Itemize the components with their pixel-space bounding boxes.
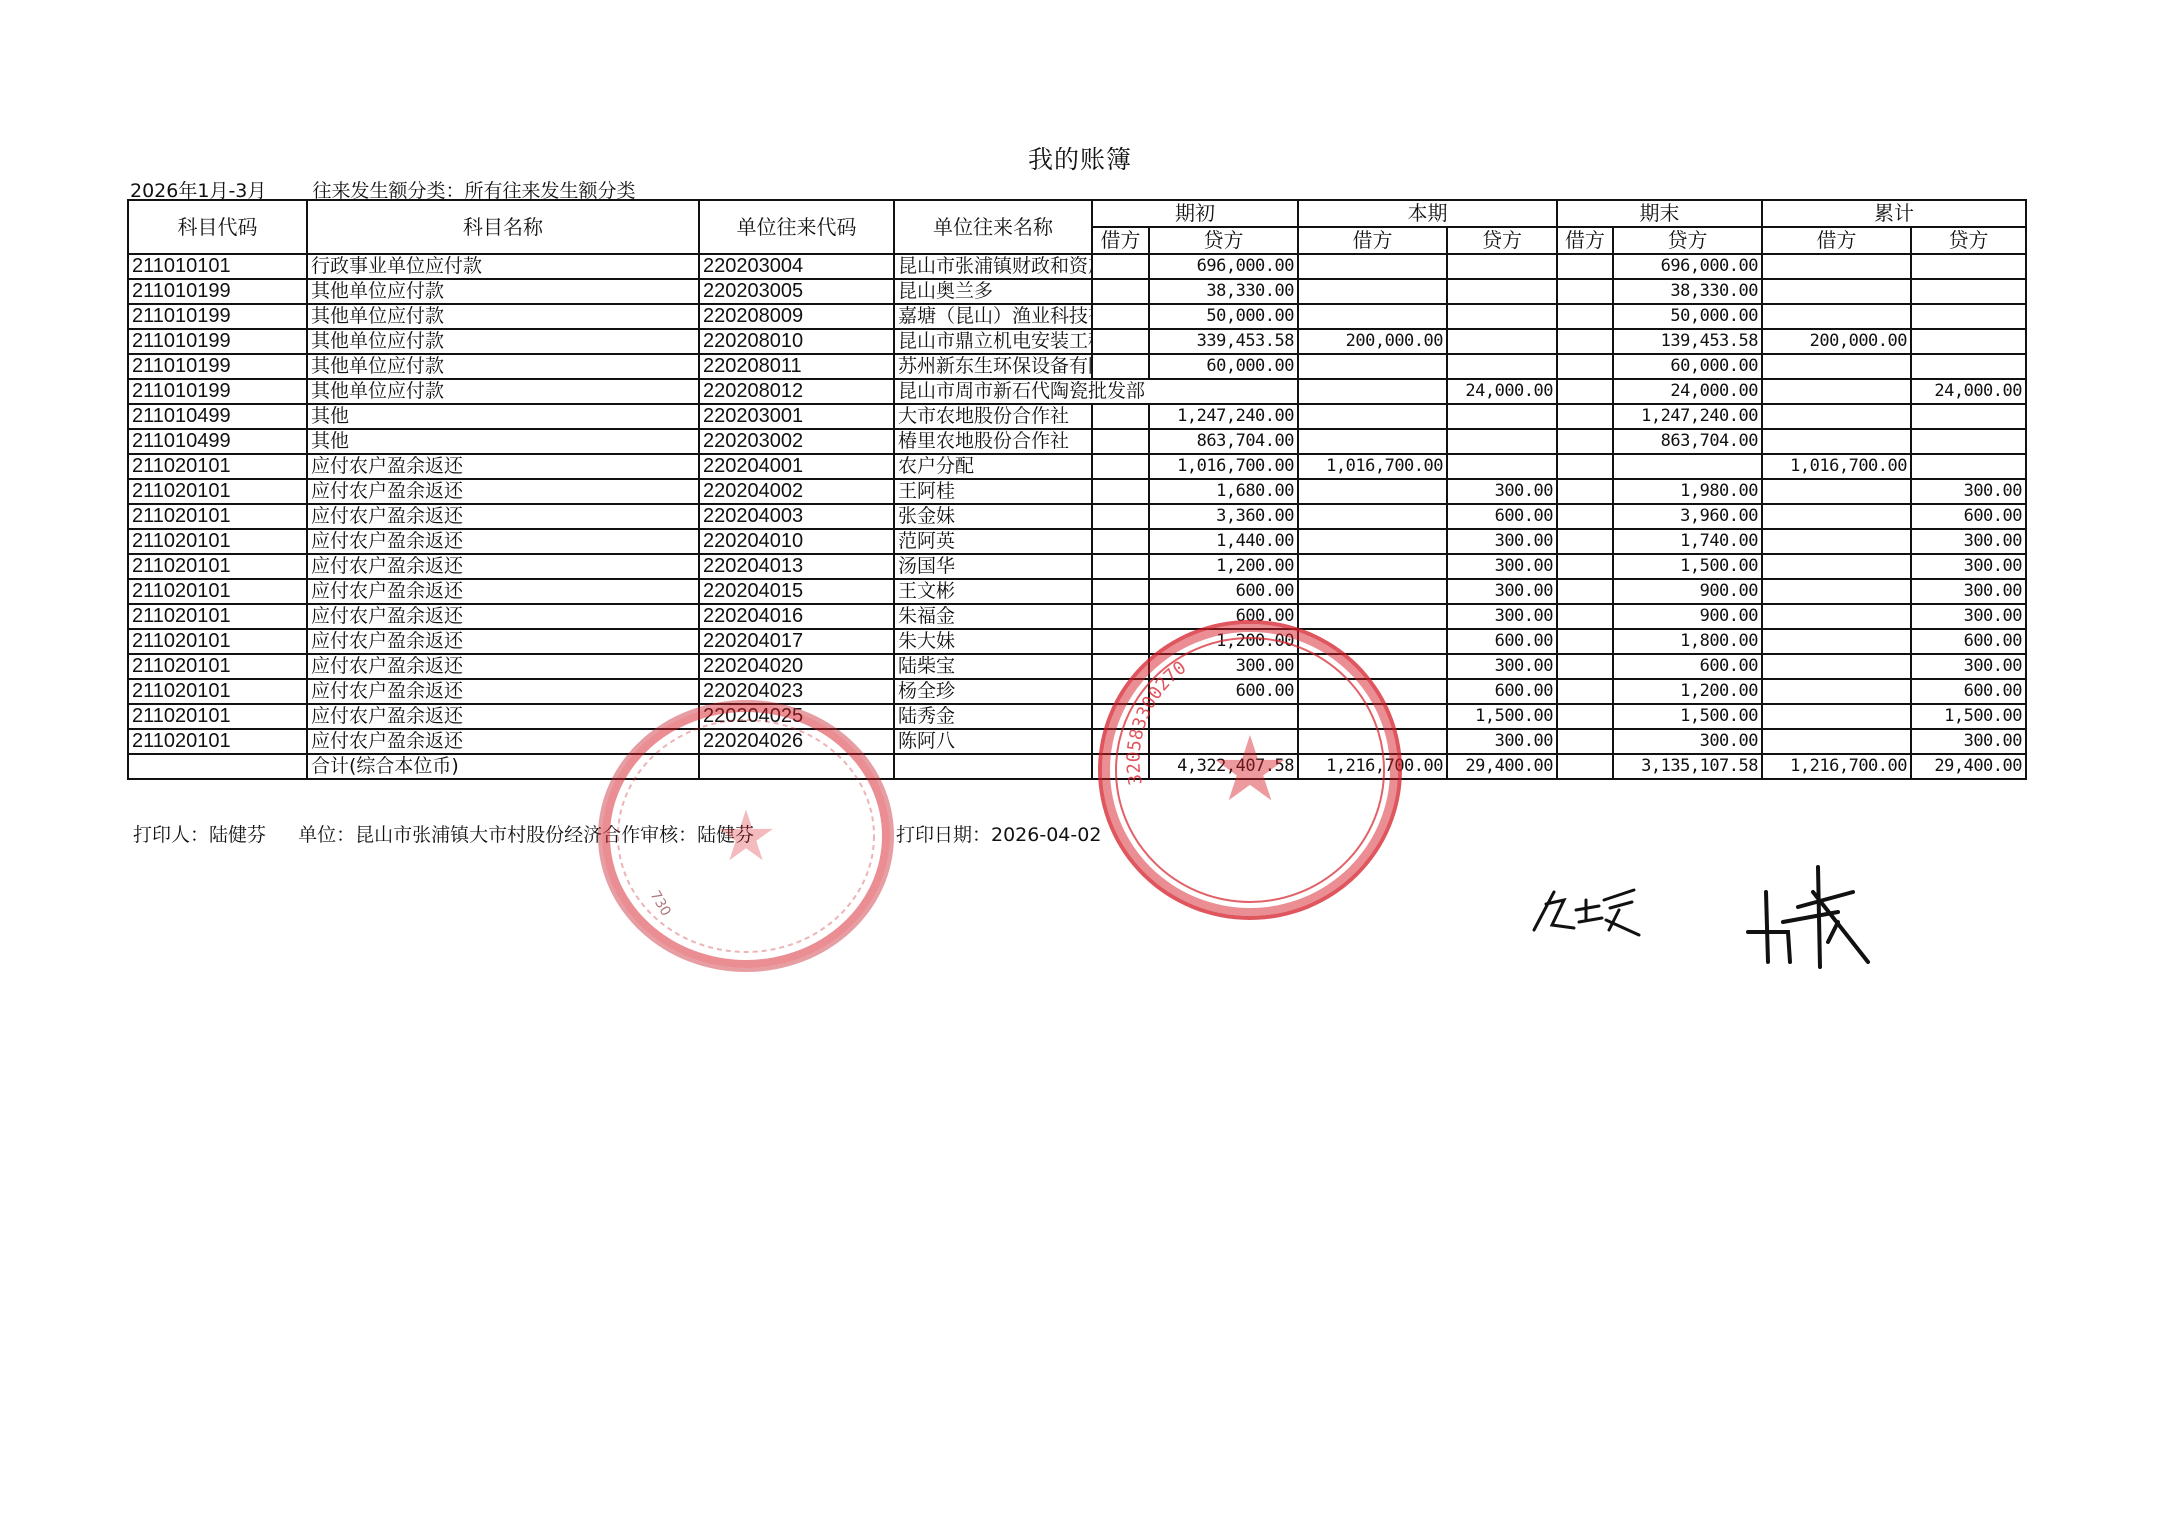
- cum-dr-cell: [1762, 504, 1911, 529]
- cum-cr-cell: 600.00: [1911, 629, 2026, 654]
- end-dr-cell: [1557, 729, 1613, 754]
- table-row: 211010499其他220203001大市农地股份合作社1,247,240.0…: [128, 404, 2026, 429]
- open-cr-cell: 1,200.00: [1149, 554, 1298, 579]
- subject-name-cell: 应付农户盈余返还: [307, 579, 699, 604]
- cum-dr-cell: [1762, 704, 1911, 729]
- end-cr-cell: [1613, 454, 1762, 479]
- end-cr-cell: 863,704.00: [1613, 429, 1762, 454]
- cum-cr-cell: 1,500.00: [1911, 704, 2026, 729]
- end-cr-cell: 3,960.00: [1613, 504, 1762, 529]
- cur-cr-cell: [1447, 254, 1557, 279]
- subject-name-cell: 应付农户盈余返还: [307, 629, 699, 654]
- total-empty-cell: [894, 754, 1092, 779]
- total-empty-cell: [128, 754, 307, 779]
- open-dr-cell: [1092, 604, 1149, 629]
- unit-code-cell: 220204016: [699, 604, 894, 629]
- header-credit: 贷方: [1911, 227, 2026, 254]
- cur-cr-cell: 300.00: [1447, 529, 1557, 554]
- cur-dr-cell: [1298, 504, 1447, 529]
- unit-name-cell: 朱大妹: [894, 629, 1092, 654]
- cum-cr-cell: 300.00: [1911, 579, 2026, 604]
- cur-cr-cell: [1447, 404, 1557, 429]
- unit-name-cell: 苏州新东生环保设备有限公: [894, 354, 1092, 379]
- cum-cr-cell: 300.00: [1911, 654, 2026, 679]
- cum-dr-cell: 200,000.00: [1762, 329, 1911, 354]
- subject-name-cell: 其他单位应付款: [307, 379, 699, 404]
- table-row: 211020101应付农户盈余返还220204026陈阿八300.00300.0…: [128, 729, 2026, 754]
- cum-cr-cell: 300.00: [1911, 479, 2026, 504]
- table-row: 211020101应付农户盈余返还220204016朱福金600.00300.0…: [128, 604, 2026, 629]
- cum-dr-cell: [1762, 379, 1911, 404]
- end-cr-cell: 900.00: [1613, 579, 1762, 604]
- end-dr-cell: [1557, 654, 1613, 679]
- subject-name-cell: 其他单位应付款: [307, 279, 699, 304]
- table-row: 211020101应付农户盈余返还220204020陆柴宝300.00300.0…: [128, 654, 2026, 679]
- subject-name-cell: 其他单位应付款: [307, 354, 699, 379]
- ledger-body: 211010101行政事业单位应付款220203004昆山市张浦镇财政和资产管6…: [128, 254, 2026, 779]
- cur-cr-cell: [1447, 304, 1557, 329]
- open-dr-cell: [1092, 354, 1149, 379]
- cur-dr-cell: [1298, 704, 1447, 729]
- subject-code-cell: 211010499: [128, 404, 307, 429]
- cum-dr-cell: [1762, 404, 1911, 429]
- document-title: 我的账簿: [0, 140, 2160, 176]
- subject-code-cell: 211020101: [128, 529, 307, 554]
- end-dr-cell: [1557, 479, 1613, 504]
- signature-approver-1: [1524, 880, 1654, 950]
- cur-dr-cell: [1298, 529, 1447, 554]
- header-group-opening: 期初: [1092, 200, 1298, 227]
- end-cr-cell: 60,000.00: [1613, 354, 1762, 379]
- cur-dr-cell: 1,016,700.00: [1298, 454, 1447, 479]
- unit-name-cell: 张金妹: [894, 504, 1092, 529]
- cum-cr-cell: 300.00: [1911, 604, 2026, 629]
- cum-cr-cell: 600.00: [1911, 504, 2026, 529]
- cum-cr-cell: [1911, 279, 2026, 304]
- subject-code-cell: 211010101: [128, 254, 307, 279]
- unit-name-cell: 大市农地股份合作社: [894, 404, 1092, 429]
- end-cr-cell: 50,000.00: [1613, 304, 1762, 329]
- subject-code-cell: 211010199: [128, 329, 307, 354]
- subject-name-cell: 应付农户盈余返还: [307, 529, 699, 554]
- open-cr-cell: 50,000.00: [1149, 304, 1298, 329]
- cur-dr-cell: [1298, 279, 1447, 304]
- cum-cr-cell: 600.00: [1911, 679, 2026, 704]
- total-cur-cr-cell: 29,400.00: [1447, 754, 1557, 779]
- cur-cr-cell: 600.00: [1447, 679, 1557, 704]
- table-row: 211020101应付农户盈余返还220204025陆秀金1,500.001,5…: [128, 704, 2026, 729]
- end-cr-cell: 1,247,240.00: [1613, 404, 1762, 429]
- subject-name-cell: 其他: [307, 404, 699, 429]
- table-row: 211020101应付农户盈余返还220204013汤国华1,200.00300…: [128, 554, 2026, 579]
- table-row: 211010499其他220203002椿里农地股份合作社863,704.008…: [128, 429, 2026, 454]
- open-dr-cell: [1092, 629, 1149, 654]
- open-cr-cell: 600.00: [1149, 604, 1298, 629]
- cum-cr-cell: [1911, 254, 2026, 279]
- header-debit: 借方: [1762, 227, 1911, 254]
- subject-name-cell: 应付农户盈余返还: [307, 604, 699, 629]
- cur-dr-cell: [1298, 304, 1447, 329]
- open-cr-cell: [1149, 704, 1298, 729]
- header-group-cumulative: 累计: [1762, 200, 2026, 227]
- open-dr-cell: [1092, 329, 1149, 354]
- cur-dr-cell: [1298, 429, 1447, 454]
- open-cr-cell: 38,330.00: [1149, 279, 1298, 304]
- header-credit: 贷方: [1447, 227, 1557, 254]
- table-row: 211010199其他单位应付款220208009嘉塘（昆山）渔业科技有限50,…: [128, 304, 2026, 329]
- signature-approver-2: [1728, 852, 1878, 982]
- open-cr-cell: 1,680.00: [1149, 479, 1298, 504]
- end-cr-cell: 1,980.00: [1613, 479, 1762, 504]
- subject-name-cell: 应付农户盈余返还: [307, 479, 699, 504]
- open-dr-cell: [1092, 504, 1149, 529]
- unit-name-cell: 昆山市鼎立机电安装工程有: [894, 329, 1092, 354]
- total-row: 合计(综合本位币)4,322,407.581,216,700.0029,400.…: [128, 754, 2026, 779]
- subject-code-cell: 211010199: [128, 304, 307, 329]
- cur-cr-cell: [1447, 354, 1557, 379]
- end-cr-cell: 38,330.00: [1613, 279, 1762, 304]
- subject-name-cell: 其他单位应付款: [307, 329, 699, 354]
- cur-dr-cell: [1298, 379, 1447, 404]
- subject-code-cell: 211010199: [128, 379, 307, 404]
- header-unit-name: 单位往来名称: [894, 200, 1092, 254]
- subject-name-cell: 应付农户盈余返还: [307, 654, 699, 679]
- cur-cr-cell: 600.00: [1447, 629, 1557, 654]
- end-dr-cell: [1557, 404, 1613, 429]
- unit-name-cell: 昆山奥兰多: [894, 279, 1092, 304]
- cum-dr-cell: [1762, 604, 1911, 629]
- cur-cr-cell: [1447, 329, 1557, 354]
- end-cr-cell: 600.00: [1613, 654, 1762, 679]
- open-cr-cell: 1,440.00: [1149, 529, 1298, 554]
- open-cr-cell: 1,247,240.00: [1149, 404, 1298, 429]
- subject-code-cell: 211020101: [128, 654, 307, 679]
- cur-dr-cell: [1298, 554, 1447, 579]
- unit-code-cell: 220204002: [699, 479, 894, 504]
- end-cr-cell: 24,000.00: [1613, 379, 1762, 404]
- unit-code-cell: 220203002: [699, 429, 894, 454]
- unit-name-cell: 杨全珍: [894, 679, 1092, 704]
- end-cr-cell: 1,500.00: [1613, 704, 1762, 729]
- unit-code-cell: 220204013: [699, 554, 894, 579]
- cum-cr-cell: [1911, 429, 2026, 454]
- table-row: 211010199其他单位应付款220208010昆山市鼎立机电安装工程有339…: [128, 329, 2026, 354]
- print-footer: 打印人：陆健芬 单位：昆山市张浦镇大市村股份经济合作审核：陆健芬 打印日期：20…: [133, 820, 754, 847]
- cum-cr-cell: 24,000.00: [1911, 379, 2026, 404]
- unit-name-cell: 陈阿八: [894, 729, 1092, 754]
- table-row: 211020101应付农户盈余返还220204003张金妹3,360.00600…: [128, 504, 2026, 529]
- total-cum-cr-cell: 29,400.00: [1911, 754, 2026, 779]
- cur-cr-cell: 300.00: [1447, 554, 1557, 579]
- subject-code-cell: 211010199: [128, 279, 307, 304]
- unit-code-cell: 220204020: [699, 654, 894, 679]
- end-cr-cell: 900.00: [1613, 604, 1762, 629]
- header-credit: 贷方: [1613, 227, 1762, 254]
- unit-code-cell: 220208011: [699, 354, 894, 379]
- end-dr-cell: [1557, 279, 1613, 304]
- end-cr-cell: 1,740.00: [1613, 529, 1762, 554]
- open-dr-cell: [1092, 579, 1149, 604]
- end-dr-cell: [1557, 329, 1613, 354]
- table-row: 211020101应付农户盈余返还220204023杨全珍600.00600.0…: [128, 679, 2026, 704]
- open-dr-cell: [1092, 729, 1149, 754]
- open-dr-cell: [1092, 429, 1149, 454]
- end-dr-cell: [1557, 379, 1613, 404]
- cur-dr-cell: [1298, 579, 1447, 604]
- open-dr-cell: [1092, 404, 1149, 429]
- cur-dr-cell: [1298, 629, 1447, 654]
- cum-dr-cell: [1762, 479, 1911, 504]
- open-cr-cell: 1,200.00: [1149, 629, 1298, 654]
- table-row: 211020101应付农户盈余返还220204002王阿桂1,680.00300…: [128, 479, 2026, 504]
- unit-code-cell: 220204025: [699, 704, 894, 729]
- cur-cr-cell: [1447, 429, 1557, 454]
- open-cr-cell: 60,000.00: [1149, 354, 1298, 379]
- cum-cr-cell: [1911, 304, 2026, 329]
- cur-cr-cell: 300.00: [1447, 654, 1557, 679]
- end-cr-cell: 139,453.58: [1613, 329, 1762, 354]
- open-cr-cell: 696,000.00: [1149, 254, 1298, 279]
- printer-label: 打印人：陆健芬: [133, 820, 266, 847]
- table-row: 211020101应付农户盈余返还220204010范阿英1,440.00300…: [128, 529, 2026, 554]
- unit-code-cell: 220208009: [699, 304, 894, 329]
- cum-cr-cell: 300.00: [1911, 529, 2026, 554]
- end-dr-cell: [1557, 604, 1613, 629]
- unit-name-cell: 嘉塘（昆山）渔业科技有限: [894, 304, 1092, 329]
- open-cr-cell: 339,453.58: [1149, 329, 1298, 354]
- open-cr-cell: 1,016,700.00: [1149, 454, 1298, 479]
- cum-dr-cell: [1762, 529, 1911, 554]
- cur-dr-cell: [1298, 604, 1447, 629]
- subject-code-cell: 211020101: [128, 629, 307, 654]
- subject-name-cell: 应付农户盈余返还: [307, 454, 699, 479]
- cum-dr-cell: [1762, 579, 1911, 604]
- table-row: 211010199其他单位应付款220203005昆山奥兰多38,330.003…: [128, 279, 2026, 304]
- open-cr-cell: [1149, 729, 1298, 754]
- end-dr-cell: [1557, 354, 1613, 379]
- subject-code-cell: 211020101: [128, 479, 307, 504]
- subject-name-cell: 应付农户盈余返还: [307, 679, 699, 704]
- header-debit: 借方: [1557, 227, 1613, 254]
- end-cr-cell: 1,200.00: [1613, 679, 1762, 704]
- cum-cr-cell: [1911, 329, 2026, 354]
- unit-code-cell: 220204003: [699, 504, 894, 529]
- end-dr-cell: [1557, 304, 1613, 329]
- cur-cr-cell: [1447, 279, 1557, 304]
- header-subject-code: 科目代码: [128, 200, 307, 254]
- total-open-dr-cell: [1092, 754, 1149, 779]
- open-cr-cell: 3,360.00: [1149, 504, 1298, 529]
- open-dr-cell: [1092, 554, 1149, 579]
- cur-dr-cell: [1298, 729, 1447, 754]
- unit-code-cell: 220203004: [699, 254, 894, 279]
- end-cr-cell: 696,000.00: [1613, 254, 1762, 279]
- unit-code-cell: 220204023: [699, 679, 894, 704]
- total-end-dr-cell: [1557, 754, 1613, 779]
- cum-dr-cell: [1762, 629, 1911, 654]
- unit-name-cell: 王文彬: [894, 579, 1092, 604]
- cum-dr-cell: [1762, 679, 1911, 704]
- subject-name-cell: 其他: [307, 429, 699, 454]
- end-cr-cell: 1,500.00: [1613, 554, 1762, 579]
- cum-cr-cell: [1911, 354, 2026, 379]
- total-cur-dr-cell: 1,216,700.00: [1298, 754, 1447, 779]
- subject-name-cell: 应付农户盈余返还: [307, 554, 699, 579]
- table-row: 211010199其他单位应付款220208012昆山市周市新石代陶瓷批发部24…: [128, 379, 2026, 404]
- unit-code-cell: 220203005: [699, 279, 894, 304]
- subject-name-cell: 应付农户盈余返还: [307, 729, 699, 754]
- end-dr-cell: [1557, 454, 1613, 479]
- cur-dr-cell: [1298, 354, 1447, 379]
- end-dr-cell: [1557, 429, 1613, 454]
- cur-cr-cell: 600.00: [1447, 504, 1557, 529]
- unit-name-cell: 王阿桂: [894, 479, 1092, 504]
- open-dr-cell: [1092, 279, 1149, 304]
- table-row: 211020101应付农户盈余返还220204015王文彬600.00300.0…: [128, 579, 2026, 604]
- unit-label: 单位：昆山市张浦镇大市村股份经济合作审核：陆健芬: [298, 820, 754, 847]
- total-empty-cell: [699, 754, 894, 779]
- cur-dr-cell: [1298, 404, 1447, 429]
- unit-code-cell: 220204026: [699, 729, 894, 754]
- table-row: 211010199其他单位应付款220208011苏州新东生环保设备有限公60,…: [128, 354, 2026, 379]
- cum-cr-cell: 300.00: [1911, 729, 2026, 754]
- subject-code-cell: 211020101: [128, 729, 307, 754]
- end-dr-cell: [1557, 554, 1613, 579]
- unit-name-cell: 汤国华: [894, 554, 1092, 579]
- cum-cr-cell: 300.00: [1911, 554, 2026, 579]
- unit-code-cell: 220208012: [699, 379, 894, 404]
- unit-name-cell: 农户分配: [894, 454, 1092, 479]
- end-dr-cell: [1557, 504, 1613, 529]
- table-row: 211010101行政事业单位应付款220203004昆山市张浦镇财政和资产管6…: [128, 254, 2026, 279]
- open-dr-cell: [1092, 679, 1149, 704]
- open-dr-cell: [1092, 654, 1149, 679]
- unit-code-cell: 220204017: [699, 629, 894, 654]
- header-subject-name: 科目名称: [307, 200, 699, 254]
- open-cr-cell: 600.00: [1149, 579, 1298, 604]
- print-date-label: 打印日期：2026-04-02: [896, 820, 1101, 847]
- subject-name-cell: 行政事业单位应付款: [307, 254, 699, 279]
- end-cr-cell: 1,800.00: [1613, 629, 1762, 654]
- end-cr-cell: 300.00: [1613, 729, 1762, 754]
- subject-code-cell: 211010499: [128, 429, 307, 454]
- cum-dr-cell: [1762, 729, 1911, 754]
- open-dr-cell: [1092, 254, 1149, 279]
- cur-dr-cell: [1298, 254, 1447, 279]
- subject-code-cell: 211020101: [128, 504, 307, 529]
- end-dr-cell: [1557, 704, 1613, 729]
- total-open-cr-cell: 4,322,407.58: [1149, 754, 1298, 779]
- unit-name-cell: 朱福金: [894, 604, 1092, 629]
- open-dr-cell: [1092, 704, 1149, 729]
- cur-dr-cell: [1298, 654, 1447, 679]
- cum-dr-cell: [1762, 304, 1911, 329]
- total-cum-dr-cell: 1,216,700.00: [1762, 754, 1911, 779]
- open-cr-cell: 863,704.00: [1149, 429, 1298, 454]
- cum-dr-cell: [1762, 279, 1911, 304]
- header-group-ending: 期末: [1557, 200, 1762, 227]
- subject-code-cell: 211020101: [128, 679, 307, 704]
- unit-name-cell: 陆秀金: [894, 704, 1092, 729]
- subject-code-cell: 211020101: [128, 554, 307, 579]
- table-row: 211020101应付农户盈余返还220204017朱大妹1,200.00600…: [128, 629, 2026, 654]
- end-dr-cell: [1557, 679, 1613, 704]
- end-dr-cell: [1557, 579, 1613, 604]
- end-dr-cell: [1557, 629, 1613, 654]
- cur-dr-cell: 200,000.00: [1298, 329, 1447, 354]
- end-dr-cell: [1557, 529, 1613, 554]
- subject-code-cell: 211020101: [128, 579, 307, 604]
- unit-code-cell: 220203001: [699, 404, 894, 429]
- unit-name-cell: 陆柴宝: [894, 654, 1092, 679]
- cur-cr-cell: 300.00: [1447, 729, 1557, 754]
- cur-cr-cell: 24,000.00: [1447, 379, 1557, 404]
- total-label-cell: 合计(综合本位币): [307, 754, 699, 779]
- subject-code-cell: 211020101: [128, 604, 307, 629]
- unit-name-cell: 昆山市张浦镇财政和资产管: [894, 254, 1092, 279]
- header-unit-code: 单位往来代码: [699, 200, 894, 254]
- cur-cr-cell: 300.00: [1447, 579, 1557, 604]
- unit-name-cell: 昆山市周市新石代陶瓷批发部: [894, 379, 1298, 404]
- subject-name-cell: 应付农户盈余返还: [307, 704, 699, 729]
- header-group-current: 本期: [1298, 200, 1557, 227]
- cum-dr-cell: [1762, 429, 1911, 454]
- cur-cr-cell: 300.00: [1447, 479, 1557, 504]
- unit-name-cell: 范阿英: [894, 529, 1092, 554]
- cum-dr-cell: [1762, 654, 1911, 679]
- end-dr-cell: [1557, 254, 1613, 279]
- subject-name-cell: 应付农户盈余返还: [307, 504, 699, 529]
- unit-name-cell: 椿里农地股份合作社: [894, 429, 1092, 454]
- cum-dr-cell: 1,016,700.00: [1762, 454, 1911, 479]
- ledger-table: 科目代码 科目名称 单位往来代码 单位往来名称 期初 本期 期末 累计 借方 贷…: [127, 199, 2027, 780]
- cum-dr-cell: [1762, 354, 1911, 379]
- cum-cr-cell: [1911, 454, 2026, 479]
- open-dr-cell: [1092, 454, 1149, 479]
- header-credit: 贷方: [1149, 227, 1298, 254]
- unit-code-cell: 220204010: [699, 529, 894, 554]
- unit-code-cell: 220204015: [699, 579, 894, 604]
- unit-code-cell: 220204001: [699, 454, 894, 479]
- open-dr-cell: [1092, 529, 1149, 554]
- open-dr-cell: [1092, 304, 1149, 329]
- total-end-cr-cell: 3,135,107.58: [1613, 754, 1762, 779]
- subject-code-cell: 211020101: [128, 454, 307, 479]
- header-debit: 借方: [1298, 227, 1447, 254]
- unit-code-cell: 220208010: [699, 329, 894, 354]
- table-row: 211020101应付农户盈余返还220204001农户分配1,016,700.…: [128, 454, 2026, 479]
- subject-code-cell: 211020101: [128, 704, 307, 729]
- cur-dr-cell: [1298, 679, 1447, 704]
- header-debit: 借方: [1092, 227, 1149, 254]
- cur-cr-cell: 1,500.00: [1447, 704, 1557, 729]
- open-dr-cell: [1092, 479, 1149, 504]
- svg-text:730: 730: [647, 888, 674, 919]
- cur-cr-cell: [1447, 454, 1557, 479]
- subject-code-cell: 211010199: [128, 354, 307, 379]
- cum-cr-cell: [1911, 404, 2026, 429]
- cum-dr-cell: [1762, 554, 1911, 579]
- open-cr-cell: 300.00: [1149, 654, 1298, 679]
- cur-dr-cell: [1298, 479, 1447, 504]
- subject-name-cell: 其他单位应付款: [307, 304, 699, 329]
- open-cr-cell: 600.00: [1149, 679, 1298, 704]
- cum-dr-cell: [1762, 254, 1911, 279]
- cur-cr-cell: 300.00: [1447, 604, 1557, 629]
